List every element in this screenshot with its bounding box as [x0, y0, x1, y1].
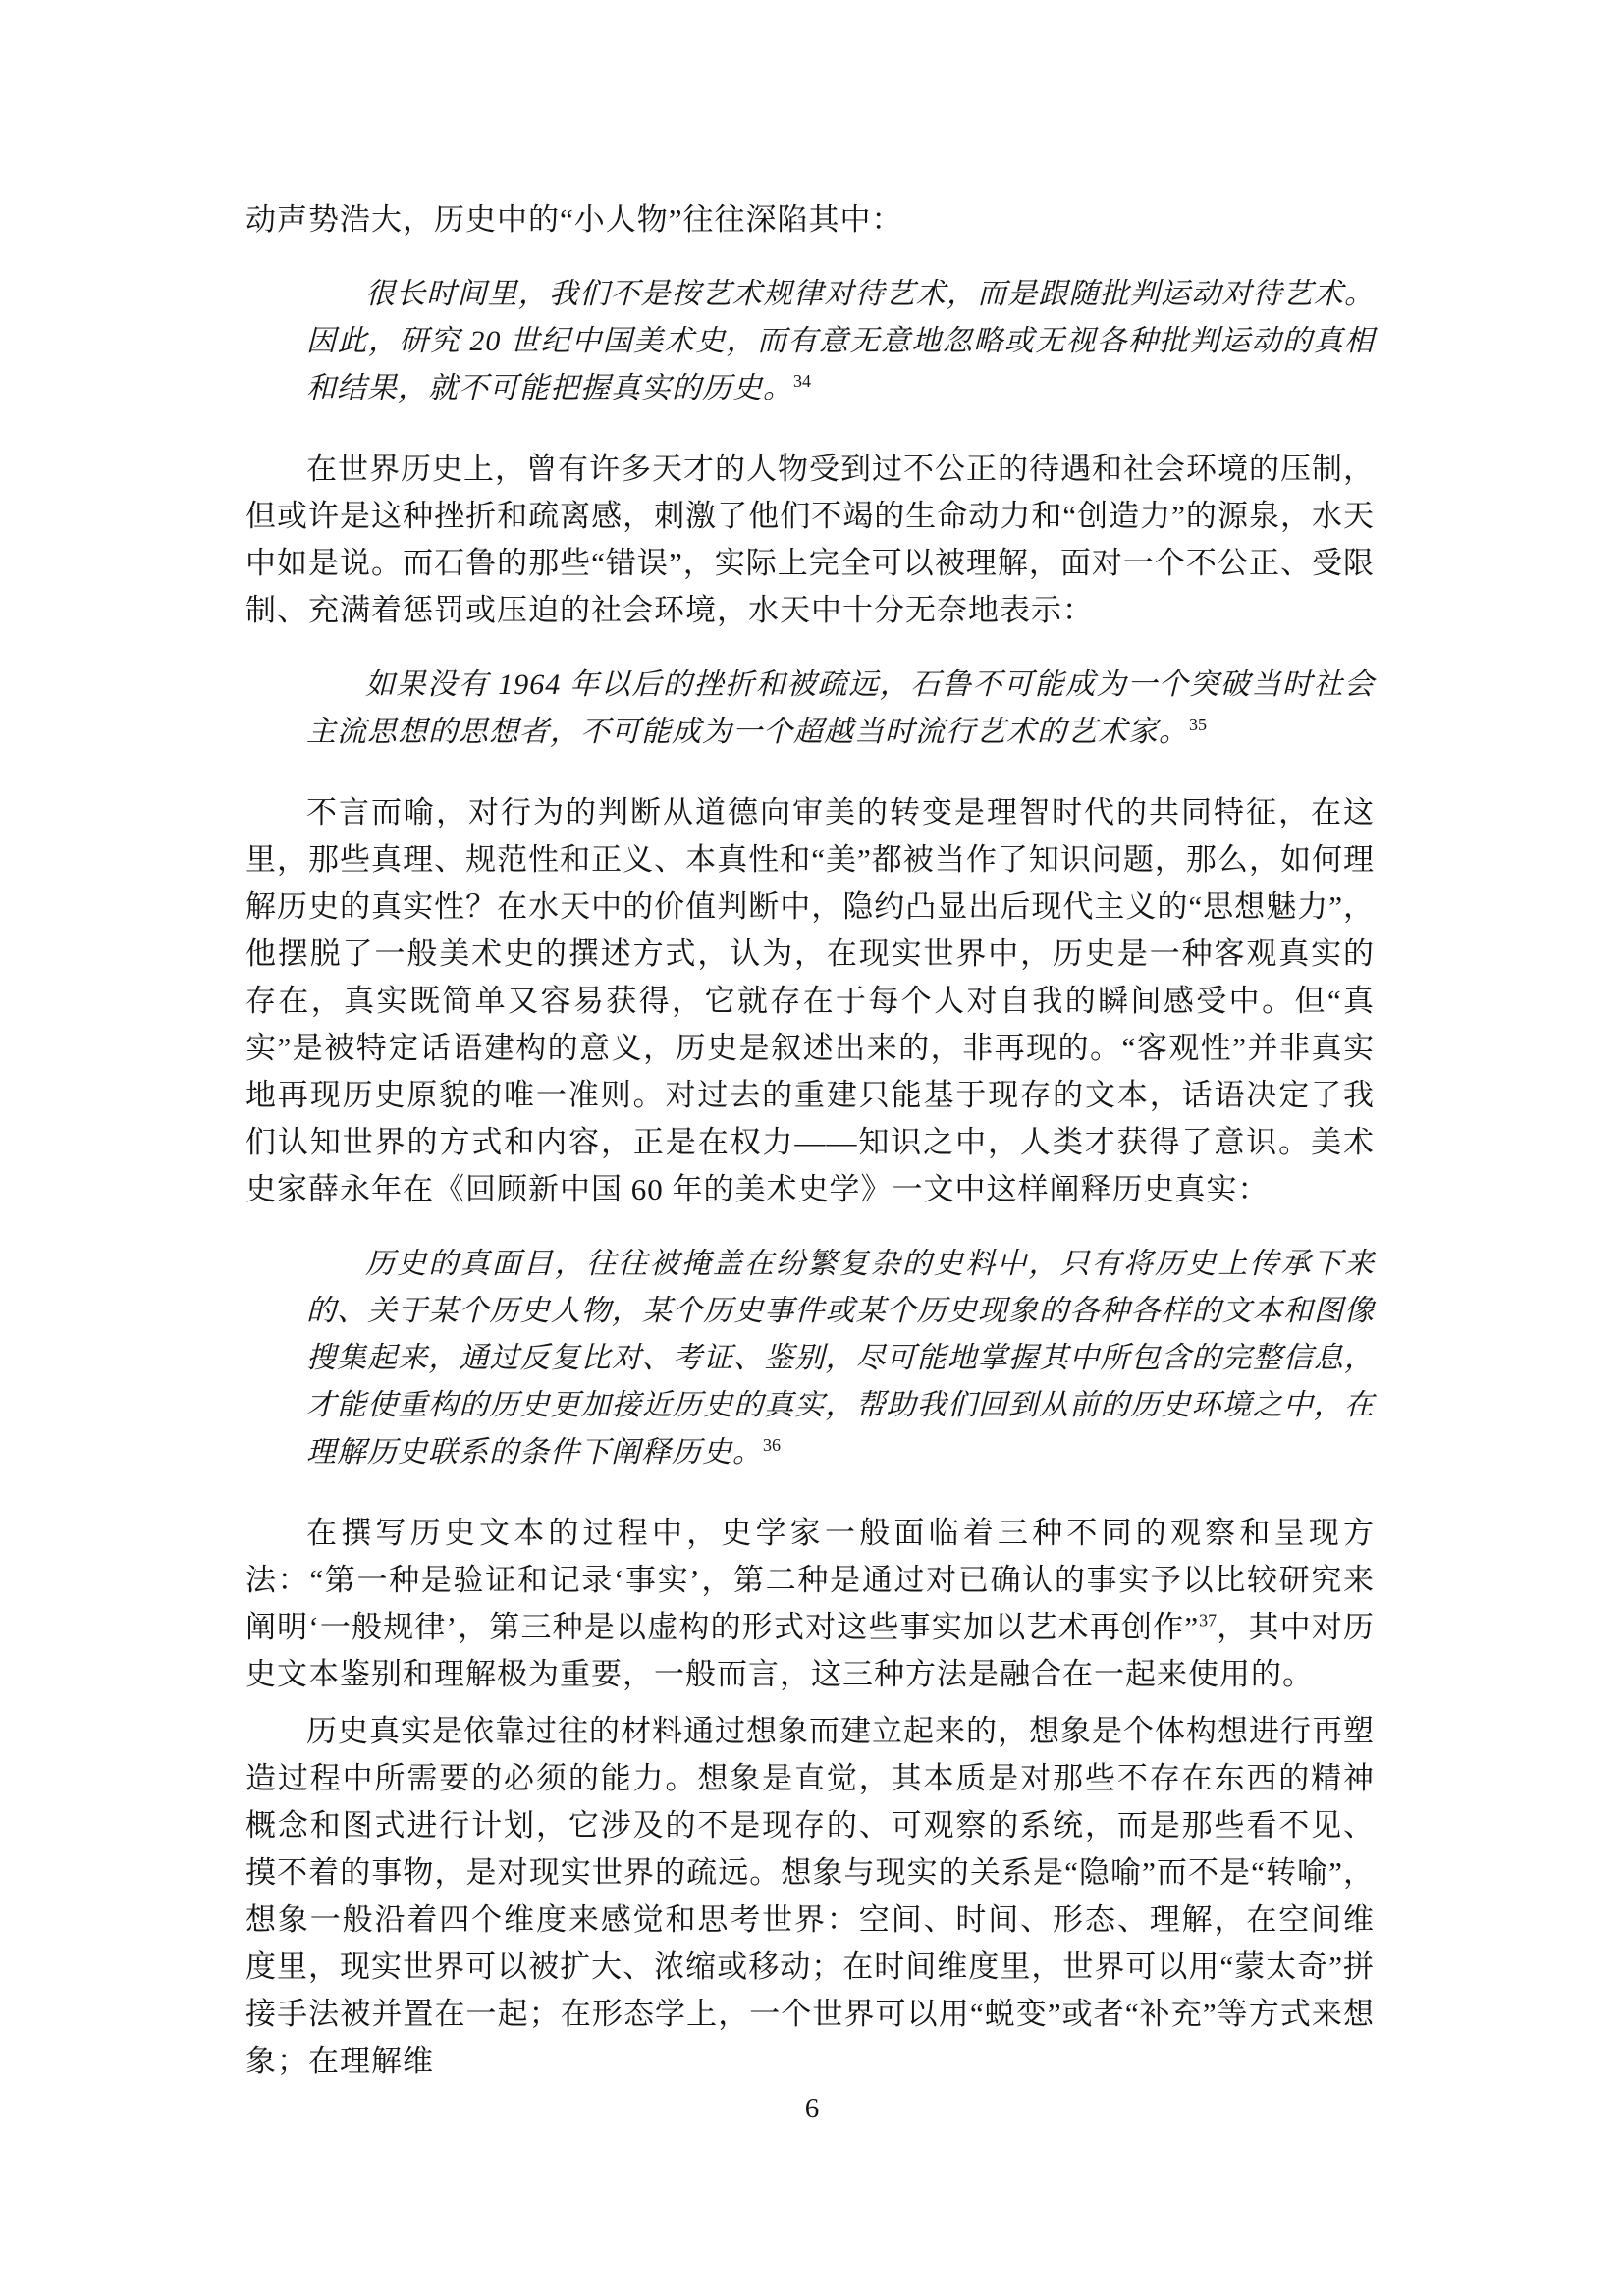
- paragraph-continuation: 动声势浩大，历史中的“小人物”往往深陷其中：: [245, 196, 1375, 243]
- page-number: 6: [0, 2089, 1624, 2128]
- footnote-ref-37: 37: [1199, 1611, 1217, 1630]
- blockquote-xue-yongnian: 历史的真面目，往往被掩盖在纷繁复杂的史料中，只有将历史上传承下来的、关于某个历史…: [306, 1241, 1375, 1476]
- paragraph-three-methods: 在撰写历史文本的过程中，史学家一般面临着三种不同的观察和呈现方法：“第一种是验证…: [245, 1510, 1375, 1698]
- paragraph-historical-truth: 不言而喻，对行为的判断从道德向审美的转变是理智时代的共同特征，在这里，那些真理、…: [245, 789, 1375, 1213]
- footnote-ref-36: 36: [763, 1435, 781, 1455]
- footnote-ref-34: 34: [793, 371, 811, 391]
- quote-text: 历史的真面目，往往被掩盖在纷繁复杂的史料中，只有将历史上传承下来的、关于某个历史…: [306, 1248, 1375, 1468]
- quote-text: 如果没有 1964 年以后的挫折和被疏远，石鲁不可能成为一个突破当时社会主流思想…: [306, 668, 1375, 748]
- blockquote-criticism-movements: 很长时间里，我们不是按艺术规律对待艺术，而是跟随批判运动对待艺术。因此，研究 2…: [306, 271, 1375, 412]
- quote-text: 很长时间里，我们不是按艺术规律对待艺术，而是跟随批判运动对待艺术。因此，研究 2…: [306, 278, 1375, 404]
- document-page: 动声势浩大，历史中的“小人物”往往深陷其中： 很长时间里，我们不是按艺术规律对待…: [0, 0, 1624, 2296]
- paragraph-imagination: 历史真实是依靠过往的材料通过想象而建立起来的，想象是个体构想进行再塑造过程中所需…: [245, 1708, 1375, 2085]
- footnote-ref-35: 35: [1189, 715, 1207, 734]
- paragraph-world-history: 在世界历史上，曾有许多天才的人物受到过不公正的待遇和社会环境的压制，但或许是这种…: [245, 446, 1375, 634]
- page-content: 动声势浩大，历史中的“小人物”往往深陷其中： 很长时间里，我们不是按艺术规律对待…: [245, 196, 1375, 2095]
- blockquote-shilu-1964: 如果没有 1964 年以后的挫折和被疏远，石鲁不可能成为一个突破当时社会主流思想…: [306, 662, 1375, 756]
